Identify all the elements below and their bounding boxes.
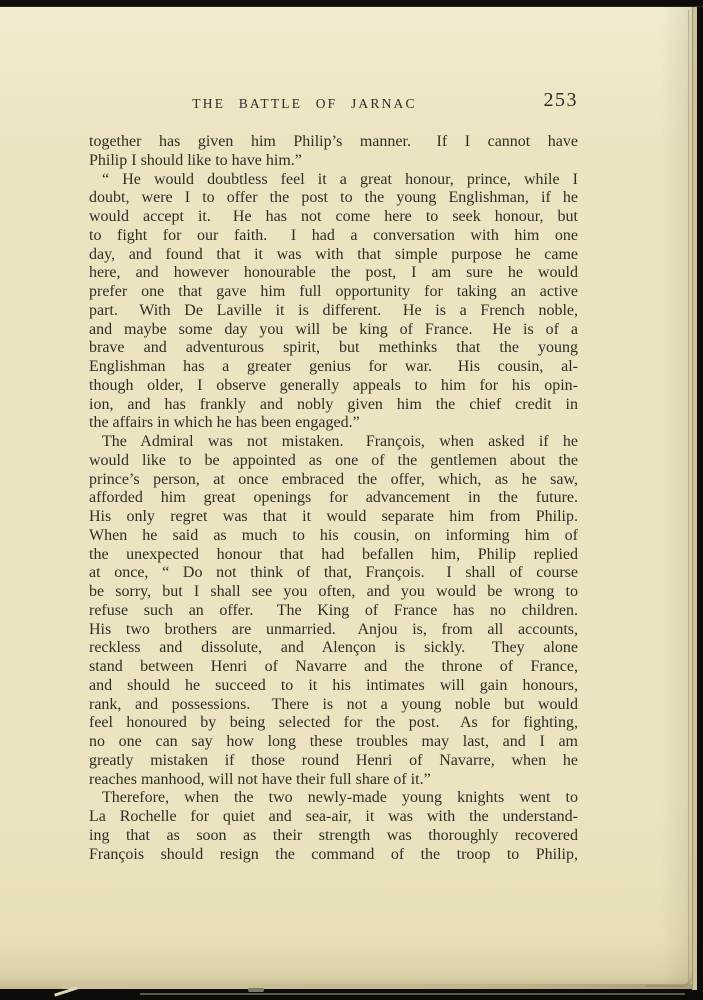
text-line: and should he succeed to it his intimate… xyxy=(89,677,578,696)
text-line: The Admiral was not mistaken. François, … xyxy=(89,433,578,452)
page-stack-line xyxy=(140,993,685,995)
text-line: François should resign the command of th… xyxy=(89,846,578,865)
text-line: no one can say how long these troubles m… xyxy=(89,733,578,752)
text-line: His two brothers are unmarried. Anjou is… xyxy=(89,621,578,640)
book-page: THE BATTLE OF JARNAC 253 together has gi… xyxy=(0,0,703,1000)
text-line: Englishman has a greater genius for war.… xyxy=(89,358,578,377)
text-line: the unexpected honour that had befallen … xyxy=(89,546,578,565)
text-line: His only regret was that it would separa… xyxy=(89,508,578,527)
text-line: reckless and dissolute, and Alençon is s… xyxy=(89,639,578,658)
text-line: here, and however honourable the post, I… xyxy=(89,264,578,283)
text-line: brave and adventurous spirit, but methin… xyxy=(89,339,578,358)
text-line: to fight for our faith. I had a conversa… xyxy=(89,227,578,246)
text-line: rank, and possessions. There is not a yo… xyxy=(89,696,578,715)
text-line: afforded him great openings for advancem… xyxy=(89,489,578,508)
text-line: reaches manhood, will not have their ful… xyxy=(89,771,578,790)
book-page-scan: THE BATTLE OF JARNAC 253 together has gi… xyxy=(0,0,703,1000)
text-line: When he said as much to his cousin, on i… xyxy=(89,527,578,546)
text-line: “ He would doubtless feel it a great hon… xyxy=(89,171,578,190)
page-number: 253 xyxy=(544,89,579,112)
text-line: Therefore, when the two newly-made young… xyxy=(89,789,578,808)
text-line: La Rochelle for quiet and sea-air, it wa… xyxy=(89,808,578,827)
text-line: Philip I should like to have him.” xyxy=(89,152,578,171)
scan-right-border xyxy=(697,0,703,1000)
text-line: day, and found that it was with that sim… xyxy=(89,246,578,265)
text-line: refuse such an offer. The King of France… xyxy=(89,602,578,621)
text-line: the affairs in which he has been engaged… xyxy=(89,414,578,433)
page-stack-bump xyxy=(248,988,264,992)
text-line: be sorry, but I shall see you often, and… xyxy=(89,583,578,602)
text-line: though older, I observe generally appeal… xyxy=(89,377,578,396)
page-crease-line xyxy=(688,10,689,984)
text-line: and maybe some day you will be king of F… xyxy=(89,321,578,340)
text-line: prefer one that gave him full opportunit… xyxy=(89,283,578,302)
chapter-title: THE BATTLE OF JARNAC xyxy=(89,96,520,112)
text-line: would accept it. He has not come here to… xyxy=(89,208,578,227)
text-line: would like to be appointed as one of the… xyxy=(89,452,578,471)
running-header: THE BATTLE OF JARNAC 253 xyxy=(89,92,578,116)
text-line: greatly mistaken if those round Henri of… xyxy=(89,752,578,771)
text-line: ing that as soon as their strength was t… xyxy=(89,827,578,846)
text-line: part. With De Laville it is different. H… xyxy=(89,302,578,321)
text-line: together has given him Philip’s manner. … xyxy=(89,133,578,152)
text-line: feel honoured by being selected for the … xyxy=(89,714,578,733)
text-line: doubt, were I to offer the post to the y… xyxy=(89,189,578,208)
text-line: prince’s person, at once embraced the of… xyxy=(89,471,578,490)
scan-top-border xyxy=(0,0,703,7)
page-body: together has given him Philip’s manner. … xyxy=(89,133,578,864)
page-corner-curve xyxy=(645,975,693,987)
text-line: at once, “ Do not think of that, Françoi… xyxy=(89,564,578,583)
text-line: stand between Henri of Navarre and the t… xyxy=(89,658,578,677)
text-line: ion, and has frankly and nobly given him… xyxy=(89,396,578,415)
